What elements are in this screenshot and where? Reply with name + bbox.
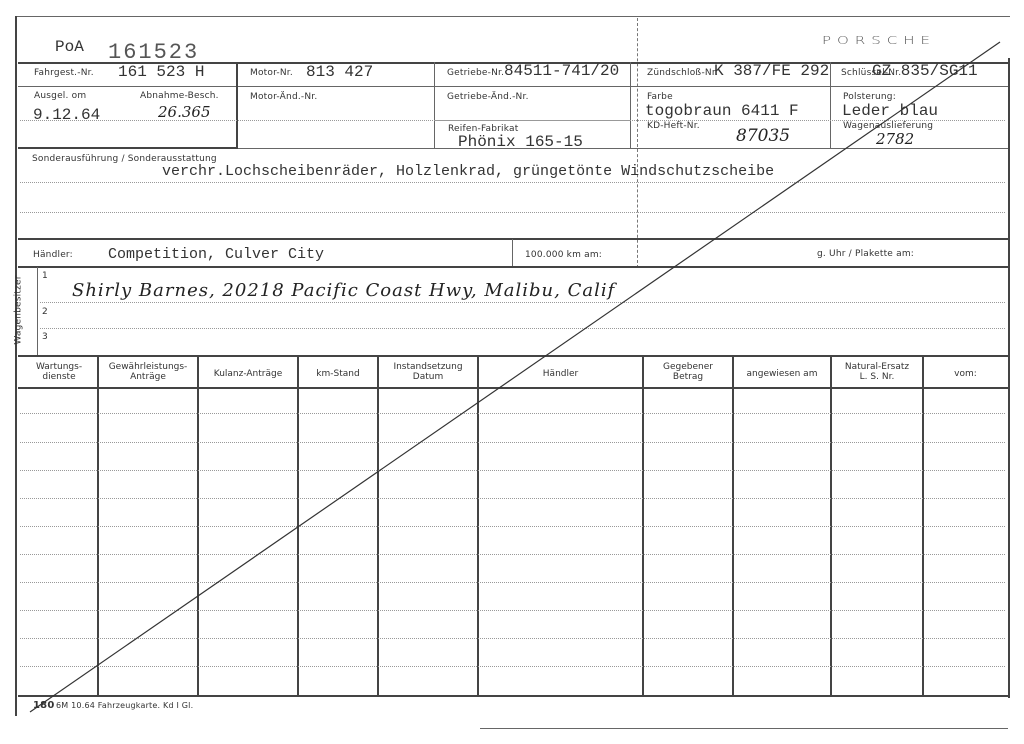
diagonal-strike-line	[0, 0, 1024, 744]
